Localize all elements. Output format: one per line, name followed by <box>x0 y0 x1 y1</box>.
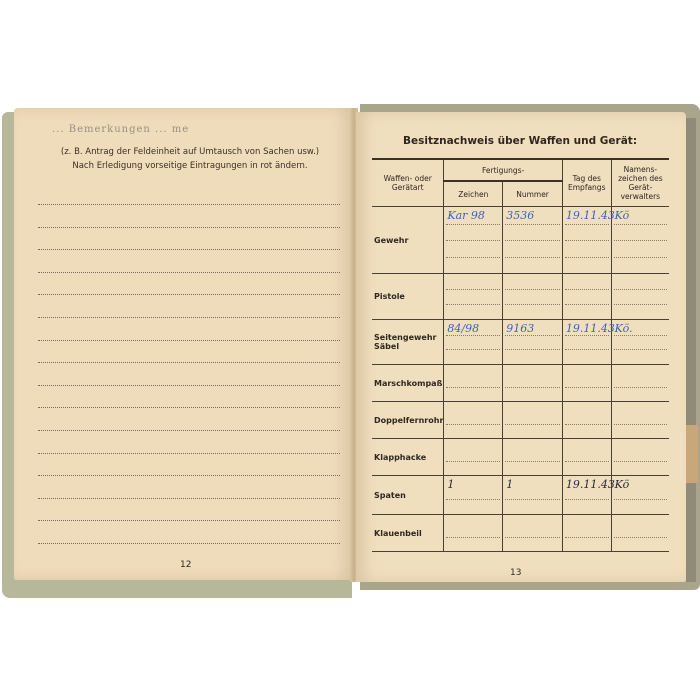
cell-zeichen: Kar 98 <box>444 207 503 274</box>
dotted-writing-line <box>38 453 340 454</box>
dotted-line <box>446 304 500 305</box>
dotted-writing-line <box>38 498 340 499</box>
dotted-line <box>614 387 667 388</box>
handwritten-entry: Kö <box>615 478 630 491</box>
dotted-line <box>505 424 560 425</box>
dotted-line <box>505 349 560 350</box>
dotted-writing-line <box>38 294 340 295</box>
row-label: Marschkompaß <box>372 365 444 402</box>
dotted-line <box>565 224 609 225</box>
dotted-line <box>614 257 667 258</box>
cell-nummer <box>503 515 563 552</box>
dotted-line <box>614 499 667 500</box>
left-page-instructions: (z. B. Antrag der Feldeinheit auf Umtaus… <box>40 145 340 173</box>
handwritten-entry: Kö. <box>615 322 633 335</box>
page-number-left: 12 <box>180 560 191 570</box>
dotted-line <box>446 461 500 462</box>
dotted-line <box>614 349 667 350</box>
cell-nummer: 1 <box>503 476 563 515</box>
cell-zeichen <box>444 439 503 476</box>
dotted-writing-line <box>38 317 340 318</box>
col-item-type: Waffen- oder Gerätart <box>372 159 444 207</box>
col-mark: Zeichen <box>444 181 503 207</box>
cell-namenszeichen <box>611 274 669 320</box>
dotted-writing-line <box>38 362 340 363</box>
instruction-line-2: Nach Erledigung vorseitige Eintragungen … <box>40 159 340 173</box>
dotted-line <box>614 304 667 305</box>
dotted-writing-line <box>38 520 340 521</box>
cell-namenszeichen: Kö. <box>611 320 669 365</box>
weapons-equipment-table: Waffen- oder Gerätart Fertigungs- Tag de… <box>372 158 669 552</box>
page-number-right: 13 <box>510 568 521 578</box>
handwritten-entry: 9163 <box>506 322 534 335</box>
cell-namenszeichen: Kö <box>611 207 669 274</box>
cell-zeichen <box>444 402 503 439</box>
cell-tag: 19.11.43 <box>562 476 611 515</box>
cell-tag <box>562 402 611 439</box>
dotted-line <box>446 349 500 350</box>
dotted-line <box>505 289 560 290</box>
cell-namenszeichen <box>611 439 669 476</box>
handwritten-entry: 3536 <box>506 209 534 222</box>
handwritten-entry: 19.11.43 <box>566 209 615 222</box>
col-production-group: Fertigungs- <box>444 159 562 181</box>
handwritten-entry: 1 <box>447 478 454 491</box>
dotted-line <box>614 461 667 462</box>
table-row: GewehrKar 98353619.11.43Kö <box>372 207 669 274</box>
dotted-line <box>446 240 500 241</box>
dotted-line <box>614 224 667 225</box>
table-row: Spaten1119.11.43Kö <box>372 476 669 515</box>
cell-nummer <box>503 439 563 476</box>
cell-zeichen: 1 <box>444 476 503 515</box>
dotted-line <box>565 240 609 241</box>
dotted-line <box>446 537 500 538</box>
dotted-line <box>565 387 609 388</box>
dotted-line <box>565 461 609 462</box>
handwritten-entry: Kar 98 <box>447 209 485 222</box>
row-label: Seitengewehr Säbel <box>372 320 444 365</box>
page-edges <box>686 118 696 582</box>
dotted-line <box>614 289 667 290</box>
cell-tag <box>562 274 611 320</box>
dotted-line <box>614 424 667 425</box>
dotted-line <box>505 224 560 225</box>
dotted-line <box>505 304 560 305</box>
cell-tag <box>562 365 611 402</box>
dotted-writing-line <box>38 430 340 431</box>
cell-nummer <box>503 274 563 320</box>
page-tab <box>686 425 698 483</box>
dotted-line <box>446 257 500 258</box>
dotted-line <box>446 289 500 290</box>
dotted-line <box>614 537 667 538</box>
cell-namenszeichen <box>611 515 669 552</box>
cell-tag <box>562 515 611 552</box>
col-signature: Namens- zeichen des Gerät- verwalters <box>611 159 669 207</box>
dotted-line <box>446 387 500 388</box>
dotted-writing-line <box>38 475 340 476</box>
table-row: Seitengewehr Säbel84/98916319.11.43Kö. <box>372 320 669 365</box>
dotted-line <box>505 387 560 388</box>
dotted-writing-line <box>38 227 340 228</box>
cell-zeichen <box>444 274 503 320</box>
table-row: Marschkompaß <box>372 365 669 402</box>
handwritten-entry: 1 <box>506 478 513 491</box>
table-row: Klapphacke <box>372 439 669 476</box>
dotted-line <box>505 461 560 462</box>
dotted-line <box>505 537 560 538</box>
dotted-line <box>614 240 667 241</box>
dotted-line <box>505 499 560 500</box>
dotted-line <box>614 335 667 336</box>
dotted-line <box>446 499 500 500</box>
cell-tag <box>562 439 611 476</box>
cell-nummer <box>503 365 563 402</box>
dotted-writing-line <box>38 272 340 273</box>
dotted-writing-line <box>38 340 340 341</box>
dotted-line <box>565 349 609 350</box>
cell-nummer: 3536 <box>503 207 563 274</box>
row-label: Gewehr <box>372 207 444 274</box>
dotted-writing-line <box>38 385 340 386</box>
row-label: Spaten <box>372 476 444 515</box>
dotted-line <box>446 335 500 336</box>
dotted-line <box>565 537 609 538</box>
table-row: Klauenbeil <box>372 515 669 552</box>
soldbuch-open-spread: ... Bemerkungen ... me (z. B. Antrag der… <box>0 0 700 700</box>
handwritten-entry: 19.11.43 <box>566 478 615 491</box>
col-date: Tag des Empfangs <box>562 159 611 207</box>
handwritten-entry: 19.11.43 <box>566 322 615 335</box>
dotted-line <box>565 424 609 425</box>
dotted-line <box>446 224 500 225</box>
dotted-writing-line <box>38 249 340 250</box>
dotted-line <box>565 335 609 336</box>
cell-namenszeichen: Kö <box>611 476 669 515</box>
cell-zeichen: 84/98 <box>444 320 503 365</box>
dotted-line <box>565 499 609 500</box>
table-row: Doppelfernrohr <box>372 402 669 439</box>
dotted-line <box>505 240 560 241</box>
dotted-writing-line <box>38 543 340 544</box>
dotted-line <box>565 304 609 305</box>
dotted-line <box>565 257 609 258</box>
cell-zeichen <box>444 365 503 402</box>
left-page <box>14 108 352 580</box>
cell-nummer: 9163 <box>503 320 563 365</box>
handwritten-entry: Kö <box>615 209 630 222</box>
instruction-line-1: (z. B. Antrag der Feldeinheit auf Umtaus… <box>40 145 340 159</box>
cell-tag: 19.11.43 <box>562 320 611 365</box>
row-label: Pistole <box>372 274 444 320</box>
table-row: Pistole <box>372 274 669 320</box>
cell-zeichen <box>444 515 503 552</box>
dotted-line <box>505 257 560 258</box>
dotted-writing-line <box>38 407 340 408</box>
left-page-faded-header: ... Bemerkungen ... me <box>52 124 292 135</box>
page-title: Besitznachweis über Waffen und Gerät: <box>372 135 668 147</box>
handwritten-entry: 84/98 <box>447 322 479 335</box>
dotted-writing-line <box>38 204 340 205</box>
row-label: Klapphacke <box>372 439 444 476</box>
dotted-line <box>505 335 560 336</box>
dotted-line <box>565 289 609 290</box>
row-label: Doppelfernrohr <box>372 402 444 439</box>
cell-namenszeichen <box>611 402 669 439</box>
cell-namenszeichen <box>611 365 669 402</box>
cell-nummer <box>503 402 563 439</box>
col-number: Nummer <box>503 181 563 207</box>
dotted-line <box>446 424 500 425</box>
row-label: Klauenbeil <box>372 515 444 552</box>
cell-tag: 19.11.43 <box>562 207 611 274</box>
